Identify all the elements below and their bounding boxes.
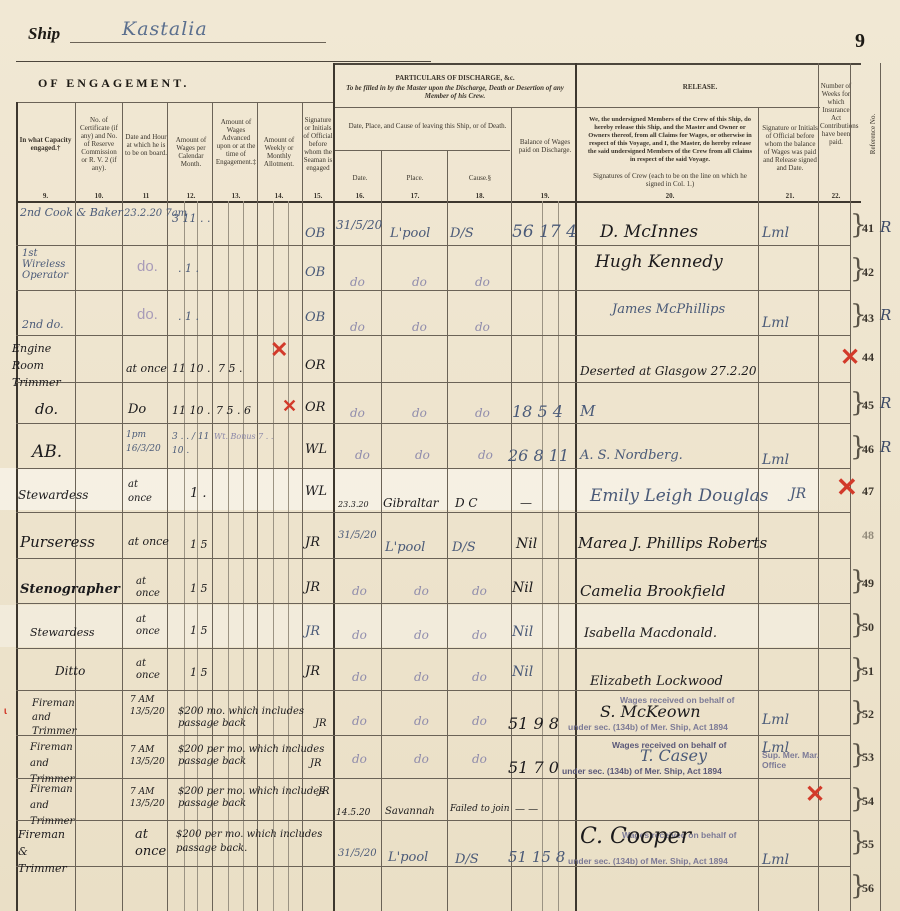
rule — [333, 107, 575, 108]
col-header-wages: Amount of Wages per Calendar Month. — [170, 136, 212, 168]
ditto-date: do — [352, 584, 367, 598]
ditto-cause: do — [475, 406, 490, 420]
col-header-on-board: Date and Hour at which he is to be on bo… — [125, 133, 167, 157]
ditto-date: do — [352, 752, 367, 766]
reference-number: 45 — [862, 398, 874, 413]
crew-signature: James McPhillips — [612, 302, 725, 317]
col-header-insurance-weeks: Number of Weeks for which Insurance Act … — [820, 82, 852, 146]
col-rule — [447, 150, 448, 911]
reference-number: 42 — [862, 265, 874, 280]
col-num: 12. — [170, 192, 212, 200]
ditto-cause: do — [475, 275, 490, 289]
col-rule — [758, 107, 759, 911]
balance: — — [520, 496, 532, 510]
col-header-release-official: Signature or Initials of Official before… — [762, 124, 818, 172]
balance: 26 8 11 — [508, 446, 569, 465]
advance: Wt. Bonus 7 . . — [214, 430, 284, 444]
row-rule — [16, 512, 850, 513]
advance: 7 5 . 6 — [216, 404, 251, 417]
discharge-place: L'pool — [388, 850, 428, 865]
row-rule — [16, 778, 850, 779]
wages: . 1 . — [178, 310, 199, 323]
row-rule — [16, 335, 850, 336]
ditto-cause: do — [472, 584, 487, 598]
official-initials: OB — [305, 265, 325, 280]
capacity: AB. — [32, 442, 62, 462]
official-initials: OR — [305, 358, 325, 373]
wages: 1 5 — [190, 538, 208, 551]
capacity: Fireman and Trimmer — [32, 697, 82, 739]
ditto-place: do — [414, 752, 429, 766]
section-title: OF ENGAGEMENT. — [38, 76, 189, 91]
col-rule — [122, 102, 123, 911]
col-num: 9. — [18, 192, 73, 200]
col-header-capacity: In what Capacity engaged.† — [18, 136, 73, 152]
ditto-cause: do — [472, 714, 487, 728]
col-header-place: Place. — [385, 174, 445, 182]
balance: 56 17 4 — [512, 222, 577, 242]
row-rule — [16, 423, 850, 424]
capacity: Fireman & Trimmer — [18, 826, 78, 877]
discharge-date: 23.3.20 — [338, 500, 369, 509]
ditto-date: do — [352, 670, 367, 684]
ditto-place: do — [414, 670, 429, 684]
official-initials: JR — [305, 580, 320, 595]
col-num: 15. — [303, 192, 333, 200]
crew-signature: S. McKeown — [600, 702, 701, 721]
discharge-place: Gibraltar — [383, 496, 439, 510]
official-initials: JR — [315, 718, 327, 729]
official-initials: OB — [305, 226, 325, 241]
capacity: 2nd Cook & Baker — [20, 206, 123, 219]
col-num: 14. — [258, 192, 300, 200]
on-board: 7 AM 13/5/20 — [130, 786, 168, 810]
red-cross-icon: ✕ — [805, 780, 825, 809]
official-initials: JR — [310, 758, 322, 769]
official-initials: JR — [305, 624, 320, 639]
wages-received-stamp-act: under sec. (134b) of Mer. Ship, Act 1894 — [568, 856, 728, 866]
balance: 51 15 8 — [508, 848, 565, 866]
capacity: Fireman and Trimmer — [30, 740, 78, 788]
wages-received-stamp-act: under sec. (134b) of Mer. Ship, Act 1894 — [568, 722, 728, 732]
row-rule — [16, 382, 850, 383]
r-mark: R — [880, 438, 891, 456]
rule — [16, 102, 333, 103]
capacity: Purseress — [20, 533, 95, 551]
row-rule — [16, 290, 850, 291]
wages: 11 10 . — [172, 404, 210, 417]
official-initials: JR — [305, 664, 320, 679]
crew-signature: Marea J. Phillips Roberts — [578, 534, 767, 552]
official-initials: WL — [305, 484, 327, 499]
ditto-date: do — [350, 406, 365, 420]
balance: 51 9 8 — [508, 714, 559, 733]
wages: $200 per mo. which includes passage back — [178, 786, 328, 810]
reference-number: 44 — [862, 350, 874, 365]
crew-signature: Elizabeth Lockwood — [590, 674, 723, 689]
official-initials: OB — [305, 310, 325, 325]
col-rule — [542, 201, 543, 911]
ditto-place: do — [412, 275, 427, 289]
ditto-date: do — [352, 628, 367, 642]
capacity: do. — [35, 400, 58, 418]
ditto-date: do — [352, 714, 367, 728]
discharge-cause: D C — [455, 496, 478, 510]
capacity: Fireman and Trimmer — [30, 782, 78, 830]
ditto-cause: do — [472, 628, 487, 642]
ditto-cause: do — [475, 320, 490, 334]
crew-signature: C. Cooper — [580, 824, 691, 849]
balance: 18 5 4 — [512, 402, 563, 421]
row-rule — [16, 648, 850, 649]
on-board: at once — [136, 658, 164, 682]
balance: 51 7 0 — [508, 758, 559, 777]
reference-number: 46 — [862, 442, 874, 457]
col-rule — [575, 63, 577, 911]
reference-number: 54 — [862, 794, 874, 809]
wages: 1 5 — [190, 666, 208, 679]
official-initials: OR — [305, 400, 325, 415]
on-board: at once — [126, 362, 167, 375]
ditto-date: do — [355, 448, 370, 462]
on-board: at once — [128, 478, 158, 506]
discharge-cause: Failed to join — [450, 804, 509, 814]
reference-number: 53 — [862, 750, 874, 765]
top-rule-right — [333, 63, 861, 65]
wages: $200 per mo. which includes passage back… — [176, 828, 331, 856]
wages: 3 . . / 11 10 . — [172, 430, 214, 458]
col-num: 17. — [385, 192, 445, 200]
ditto-date: do — [350, 275, 365, 289]
ditto-place: do — [412, 406, 427, 420]
row-rule — [16, 245, 850, 246]
reference-number: 43 — [862, 311, 874, 326]
crew-signature: M — [580, 402, 595, 420]
crew-signature: Hugh Kennedy — [595, 252, 723, 272]
release-official: Lml — [762, 740, 789, 756]
release-official: Lml — [762, 315, 789, 331]
discharge-place: L'pool — [390, 226, 430, 241]
ship-label: Ship — [28, 24, 60, 44]
wages: 11 10 . — [172, 362, 210, 375]
col-num: 13. — [215, 192, 257, 200]
official-initials: WL — [305, 442, 327, 457]
wages: 1 5 — [190, 582, 208, 595]
official-initials: JR — [318, 786, 330, 797]
col-rule — [333, 63, 335, 911]
release-statement: We, the undersigned Members of the Crew … — [585, 116, 755, 164]
ditto-cause: do — [472, 752, 487, 766]
discharge-place: L'pool — [385, 540, 425, 555]
on-board: 7 AM 13/5/20 — [130, 694, 168, 718]
red-tick-icon: ɩ — [4, 706, 7, 717]
discharge-group-title: PARTICULARS OF DISCHARGE, &c. — [340, 74, 570, 82]
r-mark: R — [880, 218, 891, 236]
on-board: at once — [128, 535, 169, 548]
wages: $200 mo. which includes passage back — [178, 706, 328, 730]
wages: 1 . — [190, 486, 207, 501]
col-header-balance: Balance of Wages paid on Discharge. — [515, 138, 575, 154]
release-official: Lml — [762, 225, 789, 241]
ship-name: Kastalia — [122, 18, 208, 40]
reference-number: 50 — [862, 620, 874, 635]
crew-signature: A. S. Nordberg. — [580, 448, 683, 463]
col-header-certificate: No. of Certificate (if any) and No. of R… — [78, 116, 120, 172]
col-num: 18. — [450, 192, 510, 200]
col-header-reference: Reference No. — [869, 99, 877, 169]
col-num: 21. — [762, 192, 818, 200]
release-official: Lml — [762, 852, 789, 868]
release-official: Lml — [762, 452, 789, 468]
official-initials: JR — [305, 535, 320, 550]
capacity: Stewardess — [18, 488, 88, 502]
discharge-instructions: To be filled in by the Master upon the D… — [340, 84, 570, 100]
on-board: 7 AM 13/5/20 — [130, 744, 168, 768]
ditto-cause: do — [478, 448, 493, 462]
col-num: 11 — [125, 192, 167, 200]
ditto-place: do — [414, 628, 429, 642]
col-num: 16. — [340, 192, 380, 200]
on-board: do. — [137, 258, 158, 275]
reference-number: 49 — [862, 576, 874, 591]
col-header-allotment: Amount of Weekly or Monthly Allotment. — [258, 136, 300, 168]
col-rule — [381, 150, 382, 911]
discharge-date: 31/5/20 — [338, 848, 377, 859]
on-board: 1pm 16/3/20 — [126, 428, 166, 456]
rule — [577, 107, 820, 108]
reference-number: 47 — [862, 484, 874, 499]
release-official: Lml — [762, 712, 789, 728]
desertion-note: Deserted at Glasgow 27.2.20 — [580, 364, 756, 378]
wages: 3 11 . . — [172, 212, 210, 225]
page-number: 9 — [855, 30, 865, 53]
col-header-advance: Amount of Wages Advanced upon or at the … — [215, 118, 257, 166]
on-board: Do — [128, 402, 146, 417]
col-num: 22. — [820, 192, 852, 200]
leaving-group-title: Date, Place, and Cause of leaving this S… — [340, 122, 515, 130]
row-rule — [16, 690, 850, 691]
reference-number: 52 — [862, 707, 874, 722]
red-cross-icon: ✕ — [840, 343, 860, 372]
balance: Nil — [516, 536, 537, 552]
wages: 1 5 — [190, 624, 208, 637]
ditto-date: do — [350, 320, 365, 334]
wages: . 1 . — [178, 262, 199, 275]
discharge-cause: D/S — [452, 540, 476, 555]
on-board: at once — [135, 826, 165, 860]
discharge-place: Savannah — [385, 806, 435, 817]
reference-number: 56 — [862, 881, 874, 896]
red-cross-icon: ✕ — [836, 472, 858, 503]
discharge-date: 31/5/20 — [338, 530, 377, 541]
col-header-cause: Cause.§ — [450, 174, 510, 182]
balance: Nil — [512, 664, 533, 680]
red-cross-icon: ✕ — [270, 337, 288, 363]
row-rule — [16, 558, 850, 559]
r-mark: R — [880, 306, 891, 324]
reference-number: 48 — [862, 528, 874, 543]
row-rule — [16, 820, 850, 821]
release-signatures-note: Signatures of Crew (each to be on the li… — [585, 172, 755, 188]
capacity: 1st Wireless Operator — [22, 248, 74, 281]
discharge-date: 31/5/20 — [336, 218, 382, 232]
discharge-date: 14.5.20 — [336, 808, 370, 818]
release-official: JR — [790, 486, 806, 502]
balance: — — — [515, 804, 538, 815]
ditto-place: do — [412, 320, 427, 334]
crew-signature: Camelia Brookfield — [580, 582, 725, 600]
crew-signature: T. Casey — [640, 746, 707, 765]
header-bottom-rule — [16, 201, 861, 203]
capacity: Engine Room Trimmer — [12, 340, 78, 391]
reference-number: 51 — [862, 664, 874, 679]
capacity: Stenographer — [20, 582, 120, 597]
ledger-page: Ship Kastalia 9 OF ENGAGEMENT. PARTICULA… — [0, 0, 900, 911]
wages: $200 per mo. which includes passage back — [178, 744, 328, 768]
red-cross-icon: ✕ — [282, 396, 297, 417]
capacity: Ditto — [55, 664, 85, 678]
on-board: at once — [136, 576, 164, 600]
ditto-place: do — [414, 714, 429, 728]
on-board: do. — [137, 306, 158, 323]
discharge-cause: D/S — [450, 226, 474, 241]
r-mark: R — [880, 394, 891, 412]
release-group-title: RELEASE. — [580, 83, 820, 91]
balance: Nil — [512, 624, 533, 640]
reference-number: 41 — [862, 221, 874, 236]
capacity: Stewardess — [30, 626, 95, 639]
crew-signature: Isabella Macdonald. — [584, 626, 717, 641]
ditto-place: do — [414, 584, 429, 598]
row-rule — [16, 735, 850, 736]
col-rule — [558, 201, 559, 911]
crew-signature: Emily Leigh Douglas — [590, 486, 768, 506]
crew-signature: D. McInnes — [600, 222, 698, 242]
ship-name-underline — [70, 42, 326, 43]
advance: 7 5 . — [218, 362, 243, 375]
row-rule — [16, 468, 850, 469]
top-rule — [16, 61, 431, 62]
on-board: at once — [136, 614, 164, 638]
row-rule — [16, 866, 850, 867]
reference-number: 55 — [862, 837, 874, 852]
col-header-official: Signature or Initials of Official before… — [303, 116, 333, 172]
col-num: 10. — [78, 192, 120, 200]
capacity: 2nd do. — [22, 318, 64, 331]
ditto-place: do — [415, 448, 430, 462]
rule — [333, 150, 510, 151]
col-header-date: Date. — [340, 174, 380, 182]
col-num: 20. — [585, 192, 755, 200]
row-rule — [16, 603, 850, 604]
balance: Nil — [512, 580, 533, 596]
ditto-cause: do — [472, 670, 487, 684]
col-num: 19. — [515, 192, 575, 200]
col-rule — [880, 63, 881, 911]
discharge-cause: D/S — [455, 852, 479, 867]
col-rule — [16, 102, 18, 911]
wages-received-stamp-act: under sec. (134b) of Mer. Ship, Act 1894 — [562, 766, 722, 776]
